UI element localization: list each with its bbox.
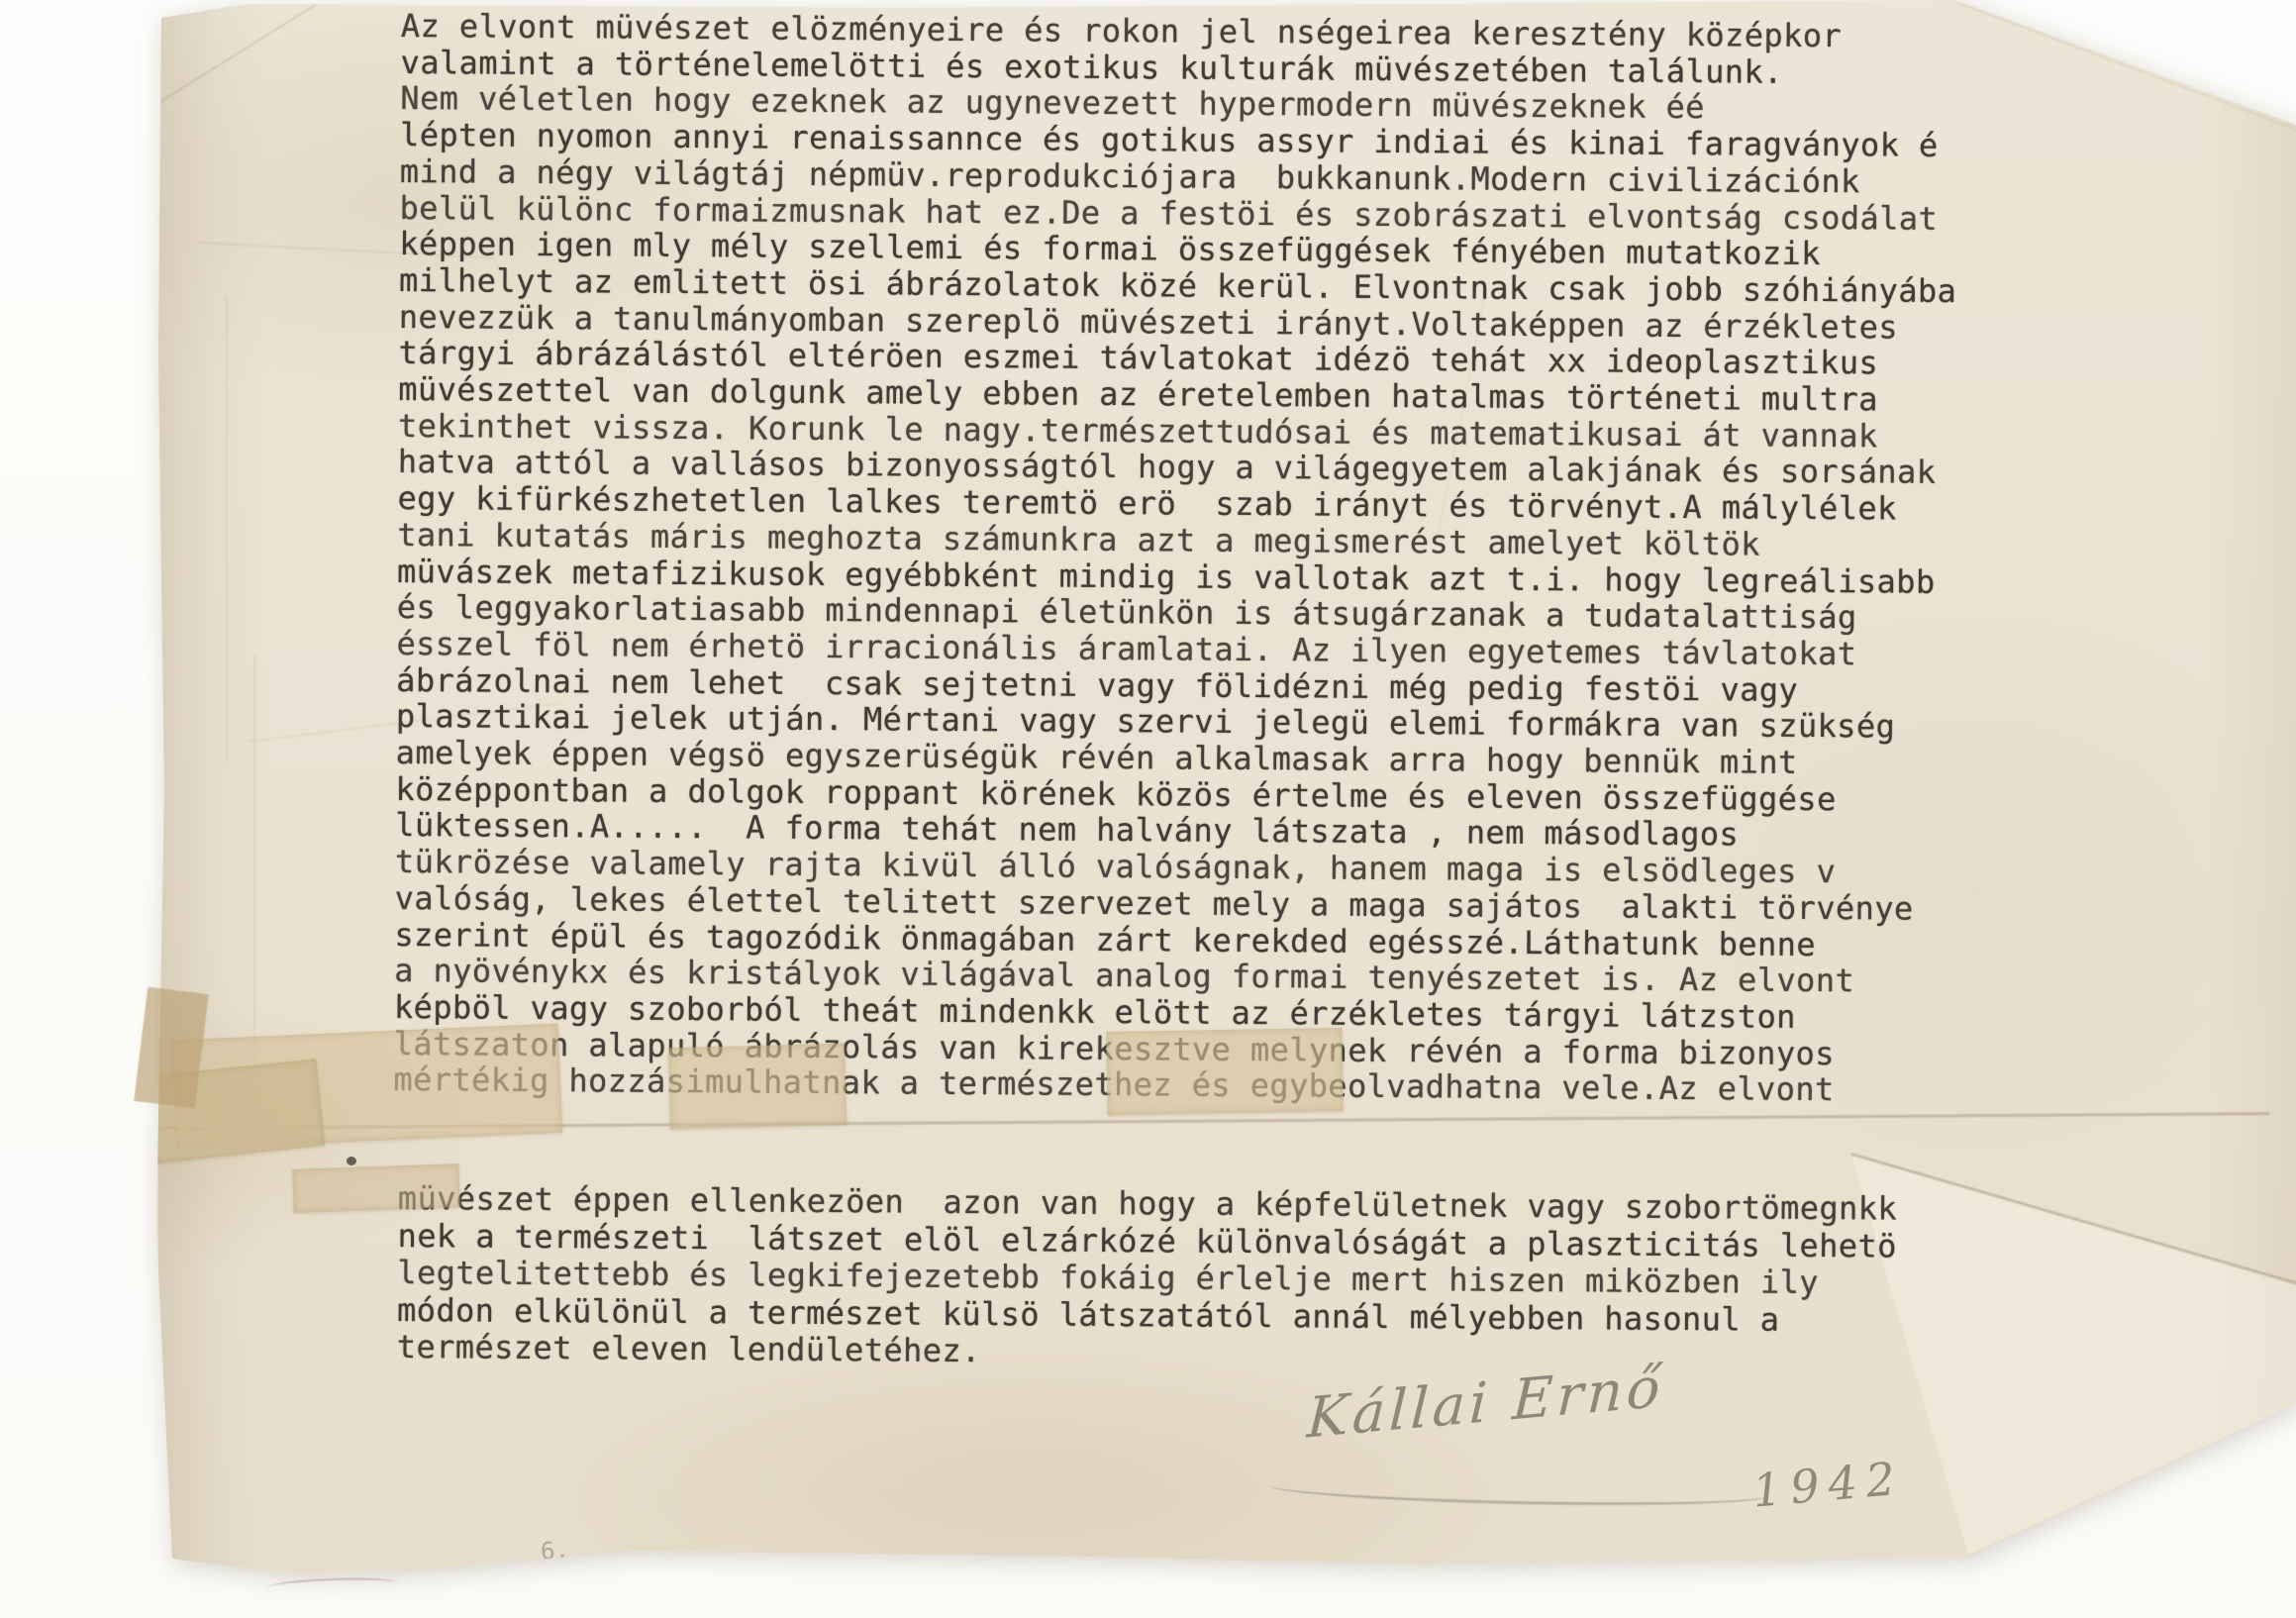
paper-sheet: Az elvont müvészet elözményeire és rokon… (0, 0, 2296, 1618)
ink-speck (347, 1157, 356, 1165)
typewritten-paragraph-2: müvészet éppen ellenkezöen azon van hogy… (397, 1180, 1898, 1377)
right-edge-shading (2207, 79, 2296, 1466)
scanned-document-page: Az elvont müvészet elözményeire és rokon… (0, 0, 2296, 1618)
crease-line (226, 297, 228, 762)
typewritten-paragraph-1: Az elvont müvészet elözményeire és rokon… (393, 8, 1958, 1109)
left-edge-shading (158, 0, 267, 1576)
paper-wrapper: Az elvont müvészet elözményeire és rokon… (0, 0, 2296, 1618)
tape-strip-center (668, 1044, 847, 1130)
stray-pencil-mark: 6. (540, 1536, 570, 1566)
signature-underline-stroke (1267, 1480, 1770, 1510)
date-handwriting: 1942 (1750, 1451, 1906, 1517)
tape-remnant-paragraph2 (292, 1163, 459, 1213)
tape-strip-right (1106, 1028, 1343, 1115)
crease-line (253, 654, 255, 1099)
